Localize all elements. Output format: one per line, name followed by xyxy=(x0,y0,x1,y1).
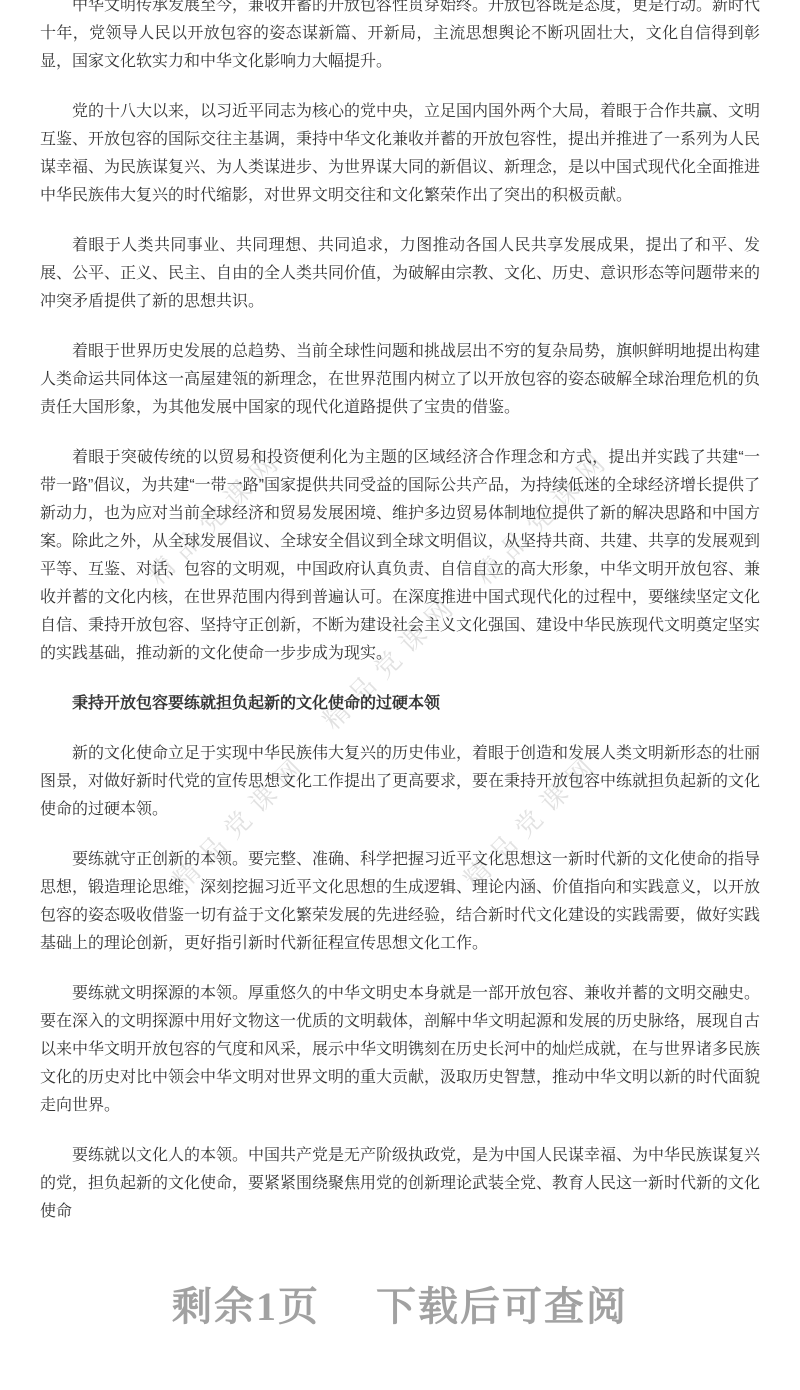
section-heading: 秉持开放包容要练就担负起新的文化使命的过硬本领 xyxy=(40,690,760,718)
document-preview-page: 精品党课网精品党课网精品党课网精品党课网精品党课网 中华文明传承发展至今，兼收并… xyxy=(0,0,800,1390)
paragraph: 着眼于突破传统的以贸易和投资便利化为主题的区域经济合作理念和方式，提出并实践了共… xyxy=(40,444,760,668)
document-body: 中华文明传承发展至今，兼收并蓄的开放包容性贯穿始终。开放包容既是态度，更是行动。… xyxy=(40,0,760,1248)
remaining-pages-label: 剩余1页 xyxy=(172,1284,320,1329)
download-hint-label: 下载后可查阅 xyxy=(376,1284,628,1329)
paragraph: 新的文化使命立足于实现中华民族伟大复兴的历史伟业，着眼于创造和发展人类文明新形态… xyxy=(40,740,760,824)
paragraph: 要练就文明探源的本领。厚重悠久的中华文明史本身就是一部开放包容、兼收并蓄的文明交… xyxy=(40,980,760,1120)
paragraph: 着眼于人类共同事业、共同理想、共同追求，力图推动各国人民共享发展成果，提出了和平… xyxy=(40,232,760,316)
paragraph: 要练就守正创新的本领。要完整、准确、科学把握习近平文化思想这一新时代新的文化使命… xyxy=(40,846,760,958)
paragraph: 着眼于世界历史发展的总趋势、当前全球性问题和挑战层出不穷的复杂局势，旗帜鲜明地提… xyxy=(40,338,760,422)
paragraph: 党的十八大以来，以习近平同志为核心的党中央，立足国内国外两个大局，着眼于合作共赢… xyxy=(40,98,760,210)
paragraph: 要练就以文化人的本领。中国共产党是无产阶级执政党，是为中国人民谋幸福、为中华民族… xyxy=(40,1142,760,1226)
paragraph: 中华文明传承发展至今，兼收并蓄的开放包容性贯穿始终。开放包容既是态度，更是行动。… xyxy=(40,0,760,76)
page-footer: 剩余1页下载后可查阅 xyxy=(0,1281,800,1333)
